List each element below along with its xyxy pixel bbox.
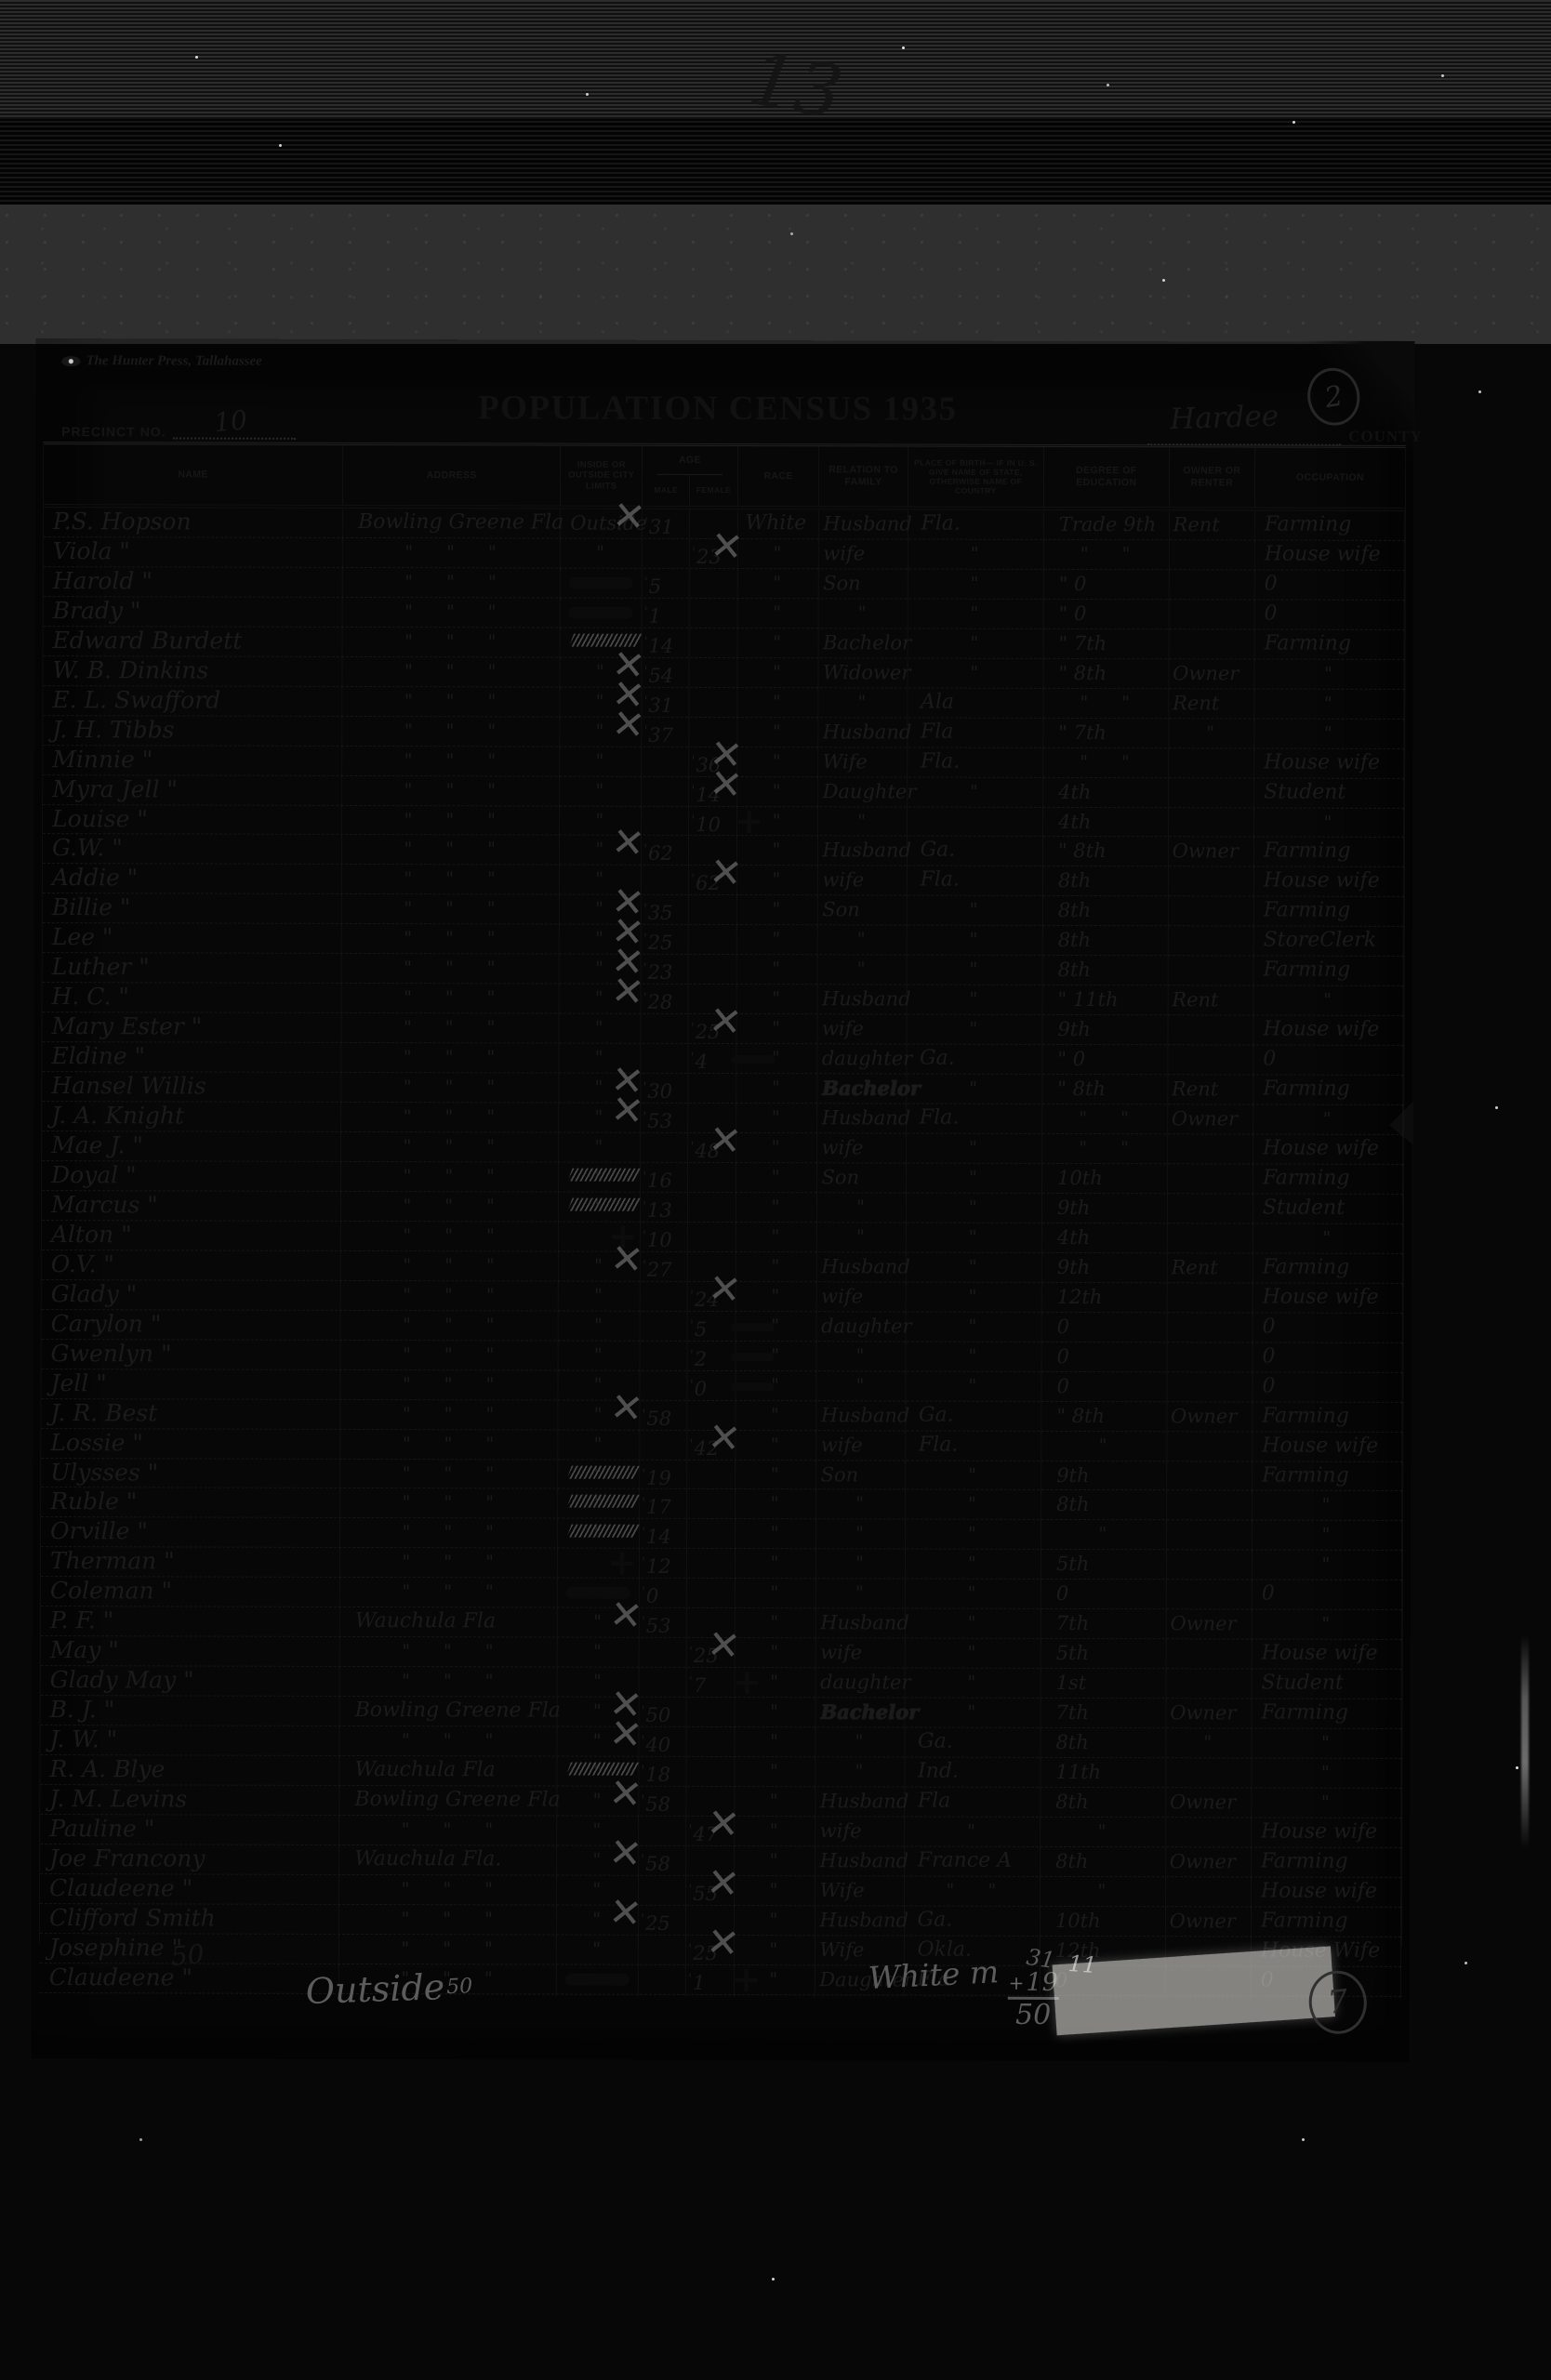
cell-edu: " 8th — [1043, 837, 1169, 868]
cell-io: " — [559, 1281, 641, 1313]
cell-io: " — [561, 717, 643, 748]
cell-addr: " " " — [342, 924, 560, 957]
cell-af — [687, 1579, 735, 1610]
cell-am — [642, 747, 689, 778]
cell-rel: Wife — [815, 1876, 904, 1908]
cell-af — [688, 1223, 736, 1254]
cell-am — [641, 1341, 688, 1372]
table-row: Claudeene "" " ""55"Wife" ""House wife✕ — [40, 1874, 1401, 1908]
cell-edu: 7th — [1041, 1609, 1167, 1641]
cell-pob: Ind. — [905, 1758, 1041, 1790]
cell-af: 42 — [688, 1430, 736, 1461]
cell-addr: " " " — [342, 776, 560, 809]
cell-own — [1167, 1521, 1253, 1553]
cell-am: 30 — [641, 1074, 688, 1105]
cell-io: " — [560, 925, 642, 957]
cell-race: " — [734, 1965, 815, 1997]
cell-edu: 8th — [1041, 1728, 1166, 1760]
scan-texture-band — [0, 205, 1551, 344]
tally-label: White m — [868, 1953, 1000, 1996]
cell-name: May " — [41, 1636, 340, 1669]
cell-io: " — [558, 1460, 640, 1491]
cell-own — [1168, 957, 1253, 988]
cell-rel: Husband — [816, 1787, 905, 1818]
cell-race: " — [734, 1936, 815, 1967]
table-row: Billie "" " ""35"Son"8thFarming✕ — [43, 893, 1404, 927]
cell-race: " — [736, 1371, 817, 1403]
table-row: Glady May "" " ""7"daughter"1stStudent+ — [41, 1666, 1402, 1699]
table-row: J. W. "" " ""40""Ga.8th""✕ — [40, 1725, 1401, 1759]
cell-occ: Farming — [1253, 1253, 1403, 1285]
cell-addr: " " " — [342, 984, 560, 1016]
cell-af — [690, 509, 737, 541]
cell-addr: " " " — [341, 1192, 559, 1224]
cell-edu: 9th — [1041, 1461, 1167, 1492]
cell-am: 12 — [640, 1549, 687, 1580]
cell-addr: Wauchula Fla. — [339, 1845, 557, 1878]
cell-am: 54 — [643, 658, 690, 690]
cell-af — [688, 1252, 736, 1284]
cell-af — [689, 985, 736, 1016]
cell-pob: Ga. — [905, 1728, 1041, 1760]
county-handwritten-value: Hardee — [1170, 400, 1279, 437]
cell-addr: " " " — [341, 1222, 559, 1254]
cell-io: " — [561, 747, 643, 778]
cell-rel: Wife — [819, 747, 908, 779]
cell-af — [687, 1608, 735, 1640]
cell-own: Owner — [1167, 1402, 1253, 1434]
table-row: Glady "" " ""24"wife"12thHouse wife✕ — [42, 1280, 1403, 1314]
table-row: Gwenlyn "" " ""2"""00 — [42, 1340, 1403, 1373]
cell-rel: " — [817, 1223, 906, 1254]
cell-io: Outside — [561, 509, 643, 541]
cell-name: Jell " — [41, 1369, 340, 1402]
cell-name: Joe Francony — [40, 1844, 339, 1877]
cell-name: Coleman " — [41, 1577, 340, 1609]
cell-pob: Ga. — [907, 1045, 1042, 1077]
cell-af — [688, 1163, 736, 1195]
outside-note-text: Outside — [305, 1966, 445, 2012]
cell-name: Therman " — [41, 1547, 340, 1580]
cell-am — [641, 1282, 688, 1314]
cell-pob: " — [907, 1075, 1042, 1106]
table-header-row: NAME ADDRESS INSIDE OR OUTSIDE CITY LIMI… — [44, 444, 1405, 511]
cell-af — [690, 658, 737, 690]
cell-own — [1168, 927, 1253, 959]
cell-am — [641, 1312, 688, 1343]
cell-race: " — [736, 1431, 817, 1462]
scan-texture-band — [0, 119, 1551, 205]
cell-addr: " " " — [339, 1935, 557, 1967]
cell-io: " — [560, 955, 642, 986]
cell-own: Rent — [1168, 986, 1253, 1018]
cell-own — [1167, 1491, 1253, 1523]
cell-race: " — [736, 1252, 817, 1284]
cell-io: " — [560, 1014, 642, 1046]
cell-own: Owner — [1166, 1907, 1252, 1938]
cell-own — [1167, 1283, 1253, 1315]
cell-edu: 4th — [1042, 1223, 1168, 1255]
cell-name: J. H. Tibbs — [43, 716, 342, 748]
cell-af: 25 — [686, 1936, 734, 1967]
cell-edu: 8th — [1041, 1847, 1166, 1879]
cell-own: Rent — [1167, 1253, 1253, 1285]
cell-io: " — [558, 1519, 640, 1551]
cell-edu: 9th — [1042, 1015, 1168, 1047]
cell-edu: 7th — [1041, 1699, 1166, 1730]
cell-occ: 0 — [1253, 1342, 1402, 1374]
cell-race: " — [736, 1519, 817, 1551]
table-row: Minnie "" " ""36"WifeFla." "House wife✕ — [43, 746, 1404, 779]
cell-occ: " — [1254, 719, 1404, 750]
cell-own: Owner — [1166, 1847, 1252, 1879]
cell-occ: House wife — [1253, 1135, 1403, 1167]
cell-occ: House wife — [1253, 1283, 1403, 1315]
cell-rel: wife — [816, 1638, 905, 1670]
cell-edu: " 8th — [1041, 1401, 1167, 1433]
cell-addr: " " " — [340, 1429, 558, 1461]
cell-own: " — [1166, 1728, 1252, 1760]
cell-name: Louise " — [43, 805, 342, 838]
cell-addr: " " " — [343, 657, 561, 690]
census-table: NAME ADDRESS INSIDE OR OUTSIDE CITY LIMI… — [39, 442, 1406, 1947]
cell-occ: House wife — [1255, 540, 1405, 572]
cell-am: 23 — [642, 955, 689, 986]
cell-af — [688, 1193, 736, 1224]
cell-race: " — [736, 925, 818, 957]
cell-name: P. F. " — [41, 1606, 340, 1639]
cell-addr: " " " — [340, 1488, 558, 1521]
cell-rel: " — [816, 1520, 905, 1552]
age-male-header: MALE — [643, 475, 690, 506]
cell-own: " — [1169, 719, 1254, 750]
table-row: Orville "" " ""14""""" — [41, 1517, 1402, 1551]
cell-edu: 8th — [1041, 1490, 1167, 1522]
cell-pob: " — [907, 956, 1042, 987]
cell-pob: " — [906, 1550, 1041, 1581]
cell-am — [640, 1638, 687, 1670]
cell-io — [561, 568, 643, 600]
column-header-occupation: OCCUPATION — [1255, 447, 1405, 507]
cell-af — [690, 718, 737, 749]
cell-pob: Fla. — [906, 1431, 1041, 1462]
cell-io: " — [559, 1430, 641, 1461]
cell-race: " — [736, 1489, 817, 1521]
cell-rel: " — [819, 599, 908, 630]
precinct-handwritten-value: 10 — [213, 404, 249, 438]
column-header-birthplace: PLACE OF BIRTH— IF IN U. S. GIVE NAME OF… — [908, 447, 1045, 507]
cell-race: " — [736, 955, 818, 986]
cell-edu: " 8th — [1043, 659, 1169, 691]
cell-edu: " 7th — [1043, 719, 1169, 750]
cell-am — [641, 1370, 688, 1402]
cell-af — [688, 1460, 736, 1491]
cell-io: " — [558, 1638, 640, 1670]
cell-pob: Fla — [905, 1787, 1041, 1818]
cell-race: " — [735, 1668, 816, 1699]
cell-rel: daughter — [817, 1312, 906, 1343]
cell-am: 58 — [640, 1400, 687, 1432]
cell-race: " — [737, 599, 819, 630]
cell-addr: " " " — [341, 1370, 559, 1403]
cell-occ: " — [1254, 808, 1404, 840]
cell-own — [1166, 1877, 1252, 1909]
cell-occ: Student — [1252, 1670, 1401, 1701]
table-row: Doyal "" " ""16"Son"10thFarming — [42, 1161, 1403, 1195]
cell-race: " — [735, 1906, 816, 1937]
cell-io: " — [557, 1816, 639, 1847]
cell-io: " — [558, 1608, 640, 1640]
cell-name: Mae J. " — [42, 1131, 341, 1164]
cell-am: 31 — [642, 687, 689, 719]
cell-edu: 12th — [1042, 1283, 1168, 1315]
cell-name: Edward Burdett — [44, 627, 343, 659]
cell-addr: " " " — [342, 717, 560, 749]
cell-io: " — [561, 657, 643, 689]
cell-io: " — [558, 1489, 640, 1521]
table-row: Brady "" " "1"""" 00 — [44, 597, 1405, 630]
cell-edu: 9th — [1042, 1194, 1168, 1225]
cell-rel: Daughter — [819, 777, 908, 809]
column-header-owner-renter: OWNER OR RENTER — [1170, 447, 1255, 507]
table-row: B. J. "Bowling Greene Fla"50"Bachelor"7t… — [41, 1696, 1402, 1729]
table-row: Myra Jell "" " ""14"Daughter"4thStudent✕ — [43, 775, 1404, 809]
printer-name: The Hunter Press, Tallahassee — [86, 353, 262, 369]
cell-race: " — [737, 747, 819, 779]
cell-race: " — [736, 866, 818, 897]
cell-af: 2 — [688, 1342, 736, 1373]
cell-own — [1168, 897, 1253, 929]
cell-occ: " — [1253, 1491, 1402, 1523]
cell-addr: Wauchula Fla — [339, 1756, 557, 1789]
cell-edu: " " — [1043, 689, 1169, 721]
cell-af: 36 — [690, 747, 737, 779]
cell-af: 25 — [689, 1014, 736, 1046]
cell-rel: wife — [816, 1817, 905, 1848]
cell-af: 5 — [688, 1312, 736, 1343]
cell-rel: Widower — [819, 658, 908, 690]
cell-addr: " " " — [341, 1311, 559, 1343]
cell-own — [1169, 778, 1254, 810]
cell-af — [689, 895, 736, 927]
table-row: J. H. Tibbs" " ""37"HusbandFla" 7th""✕ — [43, 716, 1404, 749]
ink-total-count: 50 — [170, 1938, 205, 1972]
cell-own — [1168, 1164, 1253, 1196]
cell-rel: " — [817, 1342, 906, 1373]
table-row: Jell "" " ""0"""00 — [41, 1369, 1402, 1403]
cell-am: 40 — [640, 1727, 687, 1759]
cell-am — [639, 1936, 686, 1967]
cell-rel: wife — [817, 1431, 906, 1462]
printer-logo-icon — [61, 356, 80, 366]
cell-occ: Farming — [1253, 957, 1403, 988]
cell-af — [687, 1698, 735, 1729]
table-row: Eldine "" " ""4"daughterGa." 00 — [42, 1042, 1403, 1076]
cell-io — [557, 1964, 639, 1996]
cell-race: " — [736, 1223, 817, 1254]
cell-am: 14 — [640, 1519, 687, 1551]
cell-own — [1167, 1372, 1253, 1404]
cell-pob: Fla. — [908, 510, 1043, 542]
cell-edu: 5th — [1041, 1639, 1167, 1671]
cell-name: Ruble " — [41, 1488, 340, 1521]
cell-af — [689, 955, 736, 986]
cell-io: " — [560, 776, 642, 808]
cell-am — [643, 539, 690, 571]
cell-occ: Farming — [1252, 1847, 1401, 1879]
cell-rel: " — [816, 1550, 905, 1581]
cell-af — [686, 1846, 734, 1878]
cell-race: " — [736, 1312, 817, 1343]
table-row: G.W. "" " ""62"HusbandGa." 8thOwnerFarmi… — [43, 835, 1404, 868]
cell-pob: Fla — [908, 718, 1043, 749]
cell-own — [1166, 1818, 1252, 1849]
cell-occ: " — [1253, 1610, 1402, 1642]
cell-name: J. M. Levins — [40, 1785, 339, 1818]
cell-edu: 0 — [1041, 1580, 1167, 1611]
cell-occ: 0 — [1253, 1046, 1403, 1078]
cell-name: Glady May " — [41, 1666, 340, 1699]
cell-pob: Fla. — [907, 866, 1042, 898]
cell-rel: " — [816, 1757, 905, 1789]
cell-af — [690, 628, 737, 660]
cell-addr: " " " — [343, 568, 561, 601]
cell-edu: 8th — [1041, 1788, 1166, 1819]
cell-am — [640, 1430, 687, 1461]
cell-name: Alton " — [42, 1221, 341, 1253]
cell-name: Viola " — [44, 537, 343, 570]
cell-af: 23 — [690, 539, 737, 571]
cell-pob: " — [905, 1699, 1041, 1730]
cell-am — [639, 1817, 686, 1848]
cell-race: " — [737, 718, 819, 749]
cell-rel: " — [819, 688, 908, 720]
cell-af: 14 — [689, 776, 736, 808]
cell-addr: Bowling Greene Fla — [340, 1697, 558, 1729]
cell-race: " — [735, 1757, 816, 1789]
cell-race: White — [737, 509, 819, 541]
cell-name: Harold " — [44, 567, 343, 600]
cell-io: " — [560, 806, 642, 838]
cell-rel: wife — [818, 1133, 907, 1165]
cell-addr: " " " — [342, 835, 560, 867]
cell-am — [641, 1044, 688, 1076]
cell-rel: Husband — [816, 1609, 905, 1641]
cell-edu: 10th — [1042, 1164, 1168, 1196]
cell-addr: Bowling Greene Fla — [343, 509, 561, 541]
cell-addr: " " " — [341, 1073, 559, 1105]
cell-pob: " — [905, 1609, 1041, 1641]
cell-race: " — [735, 1846, 816, 1878]
cell-pob: Ga. — [905, 1906, 1041, 1937]
table-row: O.V. "" " ""27"Husband"9thRentFarming✕ — [42, 1250, 1403, 1284]
cell-edu: 8th — [1043, 896, 1169, 928]
cell-race: " — [736, 1549, 817, 1580]
cell-pob: " — [907, 1134, 1042, 1166]
cell-edu: " 7th — [1044, 629, 1170, 661]
cell-af — [687, 1727, 735, 1759]
cell-own — [1168, 1134, 1253, 1166]
cell-name: Billie " — [43, 893, 342, 926]
cell-occ: House wife — [1252, 1818, 1401, 1849]
cell-io: " — [561, 538, 643, 570]
cell-occ: " — [1253, 1223, 1403, 1255]
cell-pob: " — [906, 1282, 1041, 1314]
cell-rel: Son — [817, 1163, 906, 1195]
table-row: May "" " ""25"wife"5thHouse wife✕ — [41, 1636, 1402, 1670]
outside-count: 50 — [446, 1975, 473, 1999]
cell-race: " — [735, 1727, 816, 1759]
cell-race: " — [735, 1787, 816, 1818]
cell-race: " — [737, 658, 819, 690]
table-row: J. R. Best" " ""58"HusbandGa." 8thOwnerF… — [41, 1399, 1402, 1433]
cell-af — [687, 1757, 735, 1789]
cell-io — [558, 1549, 640, 1580]
cell-edu: " — [1041, 1520, 1167, 1552]
cell-addr: " " " — [341, 1043, 559, 1076]
cell-addr: " " " — [340, 1667, 558, 1699]
cell-race: " — [736, 1193, 818, 1224]
cell-io — [559, 1222, 641, 1253]
cell-name: Myra Jell " — [43, 775, 342, 808]
cell-rel: Bachelor — [816, 1698, 905, 1729]
cell-edu: " — [1041, 1818, 1166, 1849]
cell-name: P.S. Hopson — [44, 508, 343, 540]
cell-io: " — [560, 1044, 642, 1076]
table-row: Carylon "" " ""5"daughter"00 — [42, 1310, 1403, 1343]
table-row: J. M. LevinsBowling Greene Fla"58"Husban… — [40, 1785, 1401, 1818]
cell-pob: " — [905, 1580, 1041, 1611]
cell-name: Glady " — [42, 1280, 341, 1313]
census-paper: The Hunter Press, Tallahassee PRECINCT N… — [32, 338, 1414, 2062]
cell-name: W. B. Dinkins — [43, 656, 342, 689]
cell-io: " — [561, 687, 643, 719]
cell-occ: " — [1253, 1551, 1402, 1582]
cell-occ: " — [1252, 1729, 1401, 1761]
cell-am — [640, 1668, 687, 1699]
cell-pob: " — [908, 628, 1043, 660]
cell-af: 4 — [689, 1044, 736, 1076]
cell-pob: " — [905, 1669, 1041, 1700]
cell-am: 18 — [639, 1757, 686, 1789]
table-row: Marcus "" " ""13"""9thStudent — [42, 1191, 1403, 1224]
cell-addr: " " " — [340, 1400, 558, 1433]
cell-own: Rent — [1169, 689, 1254, 721]
cell-am: 62 — [642, 836, 689, 867]
cell-af: 1 — [686, 1965, 734, 1997]
cell-edu: 4th — [1043, 807, 1169, 839]
cell-pob: " — [908, 599, 1043, 630]
cell-own — [1169, 808, 1254, 840]
cell-edu: " — [1041, 1877, 1166, 1909]
cell-race: " — [735, 1876, 816, 1908]
cell-addr: " " " — [343, 628, 561, 660]
cell-am: 31 — [643, 509, 690, 541]
cell-name: Brady " — [44, 597, 343, 629]
cell-pob: " — [906, 1312, 1041, 1343]
cell-addr: " " " — [341, 1103, 559, 1135]
cell-own: Owner — [1169, 838, 1254, 869]
cell-occ: Farming — [1255, 510, 1405, 542]
age-subheaders: MALE FEMALE — [643, 475, 737, 506]
cell-race: " — [735, 1579, 816, 1610]
cell-name: Addie " — [43, 865, 342, 897]
cell-addr: " " " — [341, 1251, 559, 1284]
cell-rel: daughter — [816, 1668, 905, 1699]
precinct-label: PRECINCT NO. — [61, 424, 166, 439]
cell-io: " — [559, 1341, 641, 1372]
cell-own — [1167, 1461, 1253, 1493]
